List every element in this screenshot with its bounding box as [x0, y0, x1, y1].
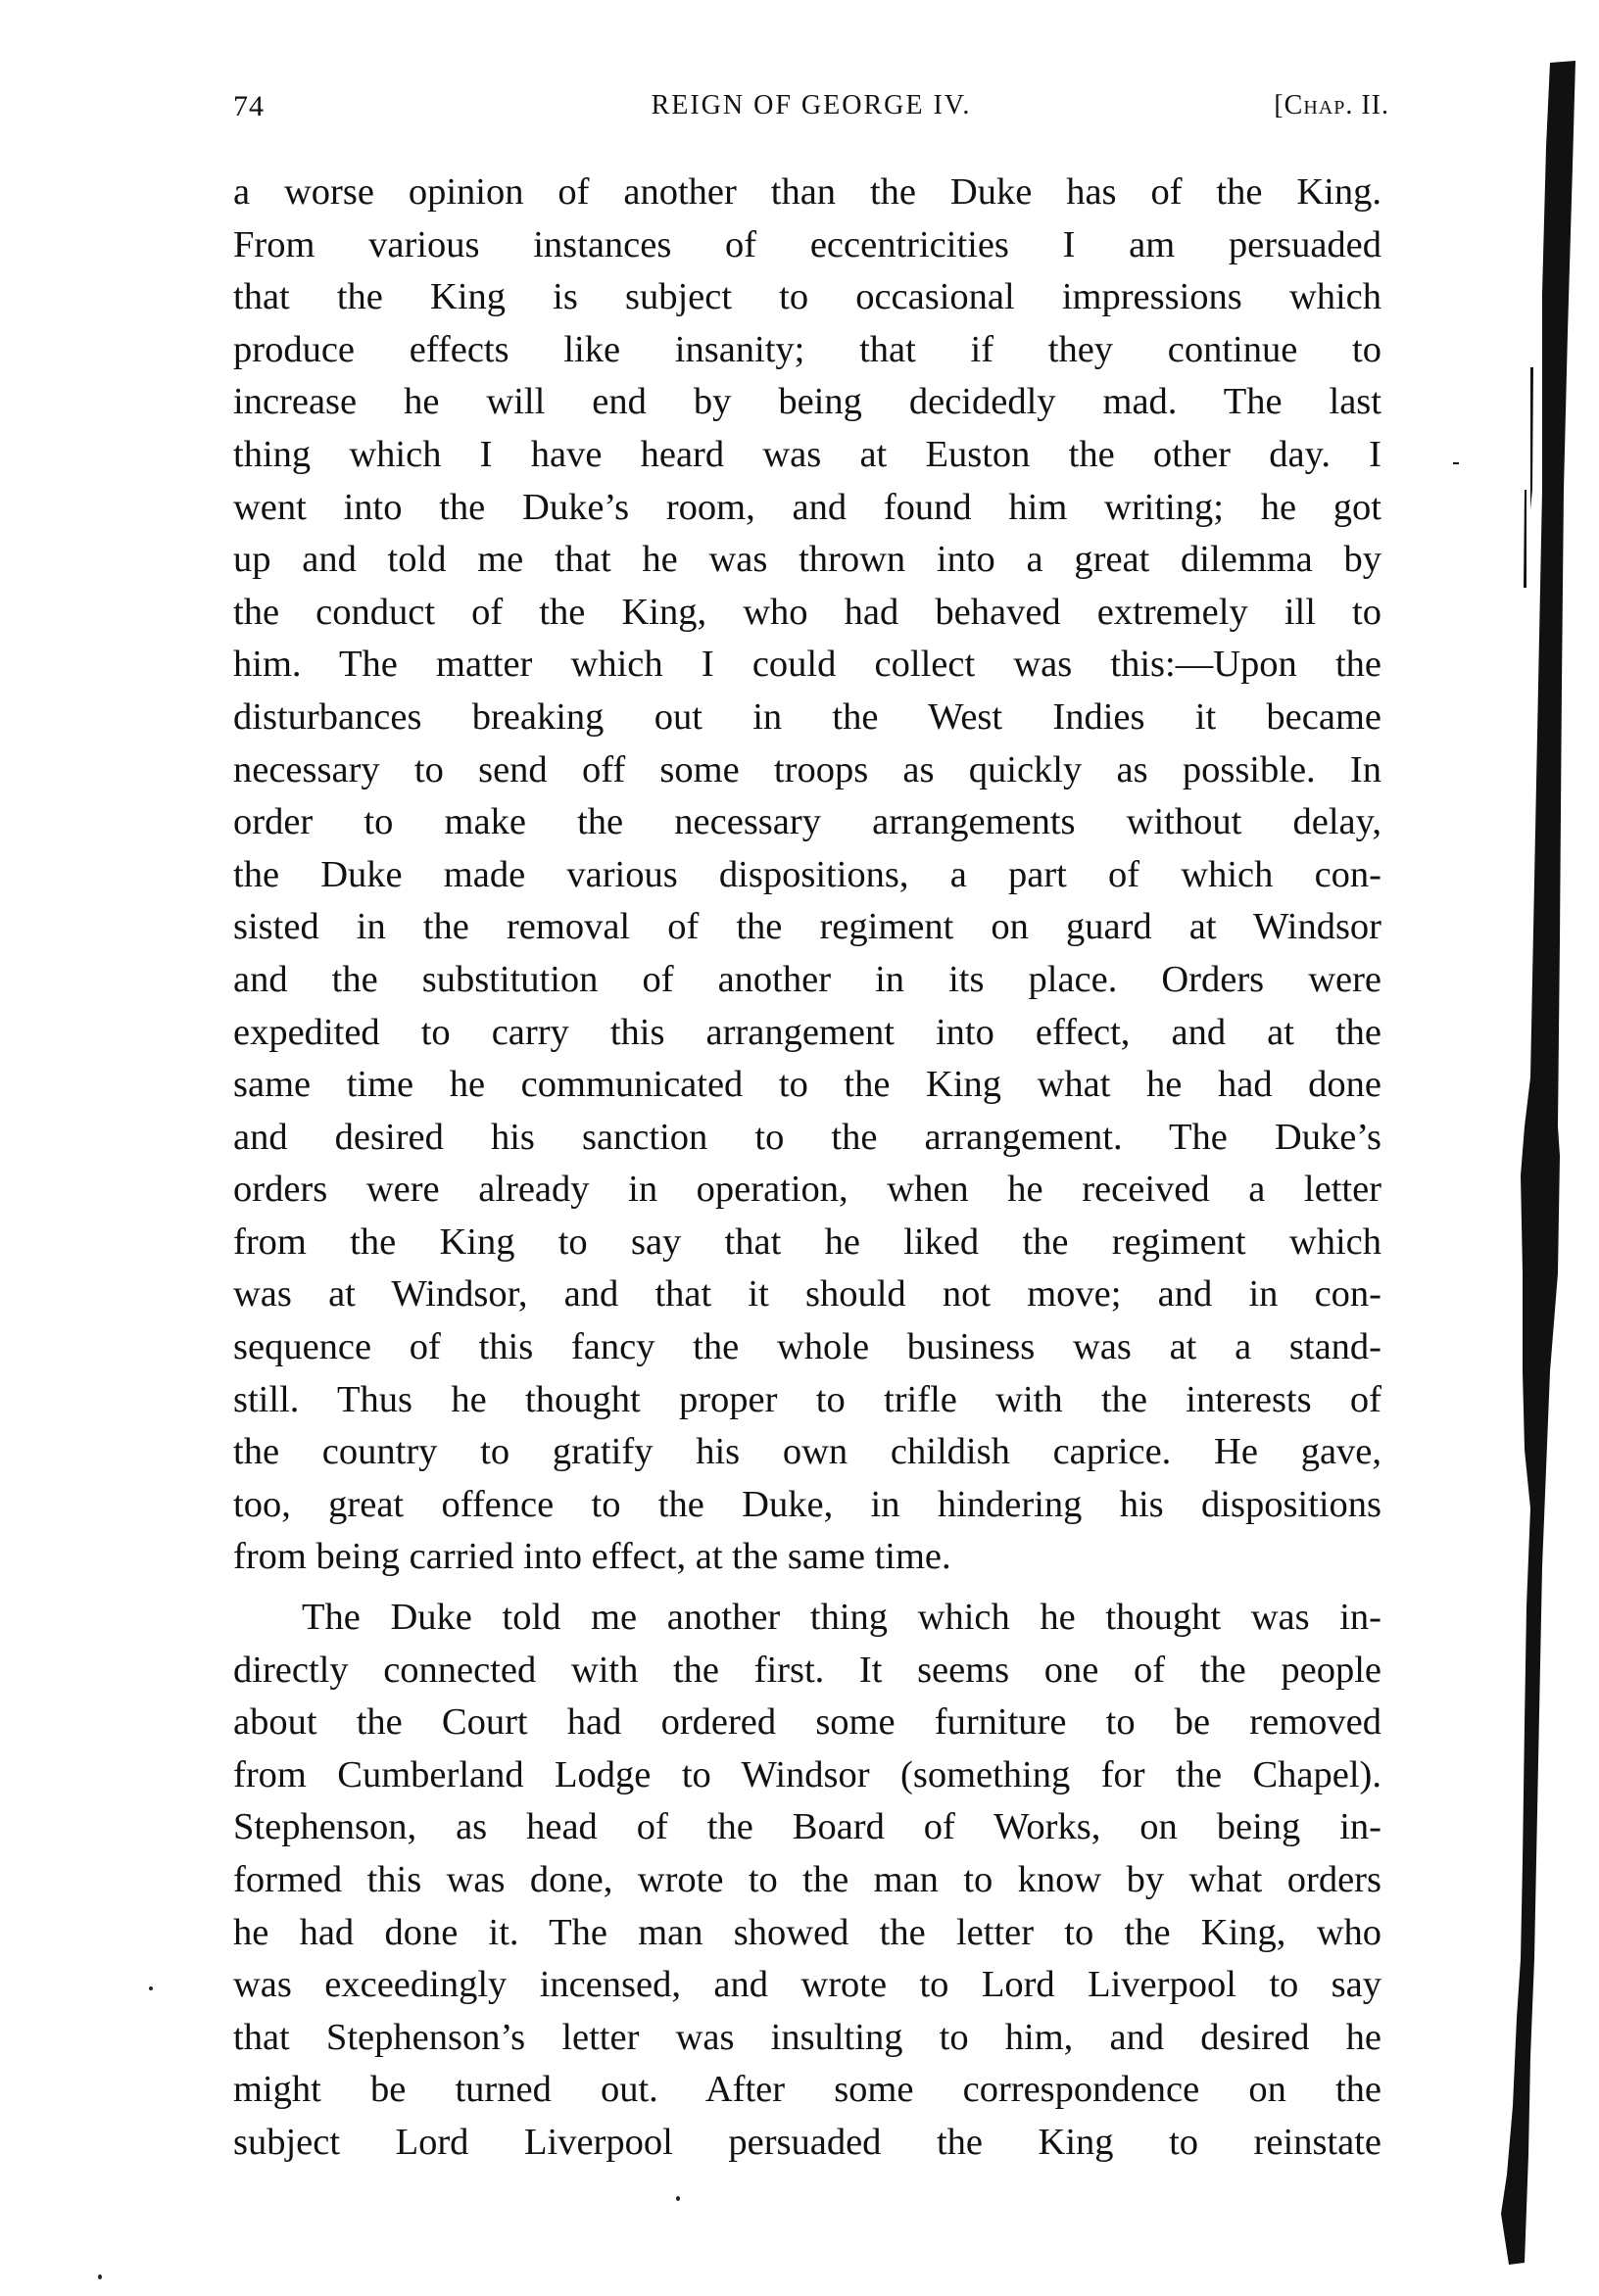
text-line: necessary to send off some troops as qui…: [233, 744, 1381, 797]
text-line: The Duke told me another thing which he …: [233, 1592, 1381, 1645]
text-line: about the Court had ordered some furnitu…: [233, 1697, 1381, 1749]
paragraph: The Duke told me another thing which he …: [233, 1592, 1381, 2170]
text-line: still. Thus he thought proper to trifle …: [233, 1374, 1381, 1427]
scan-speck: [676, 2196, 680, 2201]
text-line: orders were already in operation, when h…: [233, 1164, 1381, 1217]
text-line: him. The matter which I could collect wa…: [233, 639, 1381, 692]
text-line: the Duke made various dispositions, a pa…: [233, 849, 1381, 902]
text-line: produce effects like insanity; that if t…: [233, 324, 1381, 377]
text-line: the conduct of the King, who had behaved…: [233, 587, 1381, 640]
text-line: same time he communicated to the King wh…: [233, 1059, 1381, 1112]
scan-speck: [98, 2274, 102, 2279]
text-line: and the substitution of another in its p…: [233, 954, 1381, 1007]
text-line: a worse opinion of another than the Duke…: [233, 167, 1381, 219]
text-line: went into the Duke’s room, and found him…: [233, 482, 1381, 535]
text-line: that Stephenson’s letter was insulting t…: [233, 2012, 1381, 2065]
text-line: Stephenson, as head of the Board of Work…: [233, 1801, 1381, 1854]
text-line: too, great offence to the Duke, in hinde…: [233, 1479, 1381, 1532]
text-line: up and told me that he was thrown into a…: [233, 534, 1381, 587]
running-head: 74 REIGN OF GEORGE IV. [CHAP. II.: [233, 90, 1389, 129]
running-title: REIGN OF GEORGE IV.: [233, 90, 1389, 121]
text-line: subject Lord Liverpool persuaded the Kin…: [233, 2117, 1381, 2170]
text-line: From various instances of eccentricities…: [233, 219, 1381, 272]
text-line: from being carried into effect, at the s…: [233, 1531, 1381, 1584]
text-line: from Cumberland Lodge to Windsor (someth…: [233, 1749, 1381, 1802]
text-line: expedited to carry this arrangement into…: [233, 1007, 1381, 1060]
text-line: disturbances breaking out in the West In…: [233, 692, 1381, 744]
scan-speck: [149, 1986, 153, 1990]
text-line: order to make the necessary arrangements…: [233, 796, 1381, 849]
scan-binding-edge: [1452, 0, 1599, 2296]
text-line: sequence of this fancy the whole busines…: [233, 1321, 1381, 1374]
text-line: and desired his sanction to the arrangem…: [233, 1112, 1381, 1165]
text-line: formed this was done, wrote to the man t…: [233, 1854, 1381, 1907]
text-line: he had done it. The man showed the lette…: [233, 1907, 1381, 1960]
text-line: directly connected with the first. It se…: [233, 1645, 1381, 1698]
text-line: was exceedingly incensed, and wrote to L…: [233, 1959, 1381, 2012]
text-line: might be turned out. After some correspo…: [233, 2064, 1381, 2117]
text-line: increase he will end by being decidedly …: [233, 376, 1381, 429]
text-line: thing which I have heard was at Euston t…: [233, 429, 1381, 482]
book-page: 74 REIGN OF GEORGE IV. [CHAP. II. a wors…: [0, 0, 1599, 2296]
chapter-label: [CHAP. II.: [1274, 90, 1389, 121]
text-line: the country to gratify his own childish …: [233, 1426, 1381, 1479]
paragraph: a worse opinion of another than the Duke…: [233, 167, 1381, 1584]
text-line: sisted in the removal of the regiment on…: [233, 901, 1381, 954]
text-line: was at Windsor, and that it should not m…: [233, 1268, 1381, 1321]
text-line: that the King is subject to occasional i…: [233, 271, 1381, 324]
text-line: from the King to say that he liked the r…: [233, 1217, 1381, 1269]
body-text: a worse opinion of another than the Duke…: [233, 167, 1381, 2170]
